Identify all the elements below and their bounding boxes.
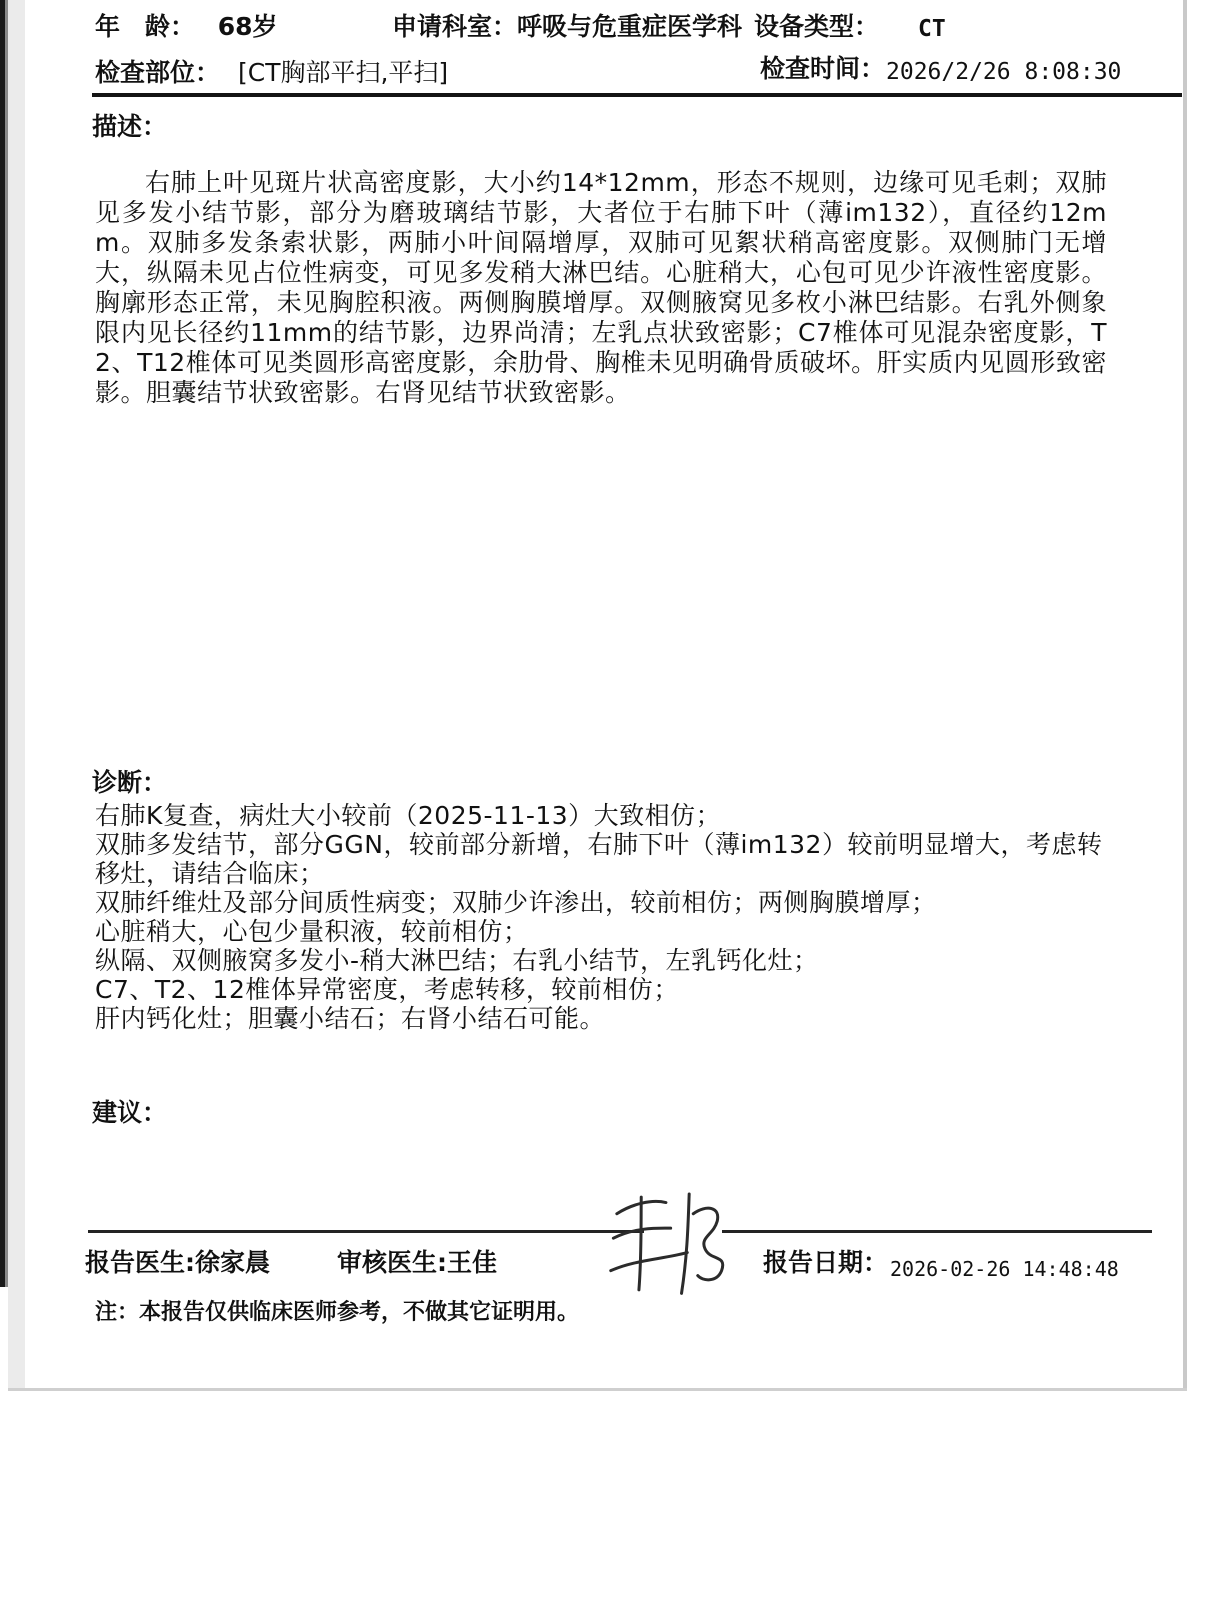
report-date-label: 报告日期： [763, 1248, 888, 1278]
age-label: 年 龄： [95, 12, 195, 41]
report-doctor-name: 徐家晨 [195, 1248, 270, 1277]
device-type-value: CT [918, 14, 946, 44]
report-page: 年 龄： 68岁 申请科室：呼吸与危重症医学科 设备类型： CT 检查部位： [… [0, 0, 1206, 1599]
diagnosis-line: 心脏稍大，心包少量积液，较前相仿； [95, 917, 1107, 946]
age-value: 68岁 [218, 12, 278, 41]
report-doctor-field: 报告医生:徐家晨 [85, 1248, 270, 1278]
exam-site-label: 检查部位： [95, 58, 220, 88]
exam-time-value: 2026/2/26 8:08:30 [886, 57, 1121, 87]
department-field: 申请科室：呼吸与危重症医学科 [392, 12, 742, 42]
description-heading: 描述： [92, 112, 167, 142]
signature-handwriting [592, 1174, 754, 1307]
exam-time-label: 检查时间： [760, 54, 885, 84]
exam-site-value: [CT胸部平扫,平扫] [238, 58, 448, 88]
footer-note: 注：本报告仅供临床医师参考，不做其它证明用。 [95, 1300, 579, 1326]
description-paragraph: 右肺上叶见斑片状高密度影，大小约14*12mm，形态不规则，边缘可见毛刺；双肺见… [95, 168, 1107, 408]
department-label: 申请科室： [392, 12, 517, 41]
page-bottom-edge [8, 1388, 1187, 1391]
diagnosis-line: 右肺K复查，病灶大小较前（2025-11-13）大致相仿； [95, 801, 1107, 830]
department-value: 呼吸与危重症医学科 [517, 12, 742, 41]
device-type-label: 设备类型： [754, 12, 879, 42]
diagnosis-heading: 诊断： [92, 768, 167, 798]
review-doctor-field: 审核医生:王佳 [337, 1248, 497, 1278]
report-date-value: 2026-02-26 14:48:48 [890, 1254, 1119, 1284]
suggestion-heading: 建议： [92, 1098, 167, 1128]
page-right-edge [1183, 0, 1187, 1391]
diagnosis-line: 双肺多发结节，部分GGN，较前部分新增，右肺下叶（薄im132）较前明显增大，考… [95, 830, 1107, 888]
footer-divider-left [88, 1230, 644, 1233]
diagnosis-lines: 右肺K复查，病灶大小较前（2025-11-13）大致相仿； 双肺多发结节，部分G… [95, 801, 1107, 1033]
diagnosis-line: 纵隔、双侧腋窝多发小-稍大淋巴结；右乳小结节，左乳钙化灶； [95, 946, 1107, 975]
footer-divider-right [722, 1230, 1152, 1233]
diagnosis-line: 肝内钙化灶；胆囊小结石；右肾小结石可能。 [95, 1004, 1107, 1033]
header-divider [92, 93, 1182, 97]
review-doctor-name: 王佳 [447, 1248, 497, 1277]
report-doctor-label: 报告医生: [85, 1248, 195, 1277]
diagnosis-line: C7、T2、12椎体异常密度，考虑转移，较前相仿； [95, 975, 1107, 1004]
review-doctor-label: 审核医生: [337, 1248, 447, 1277]
age-field: 年 龄： 68岁 [95, 12, 278, 42]
diagnosis-line: 双肺纤维灶及部分间质性病变；双肺少许渗出，较前相仿；两侧胸膜增厚； [95, 888, 1107, 917]
page-left-margin-shade [8, 0, 25, 1389]
